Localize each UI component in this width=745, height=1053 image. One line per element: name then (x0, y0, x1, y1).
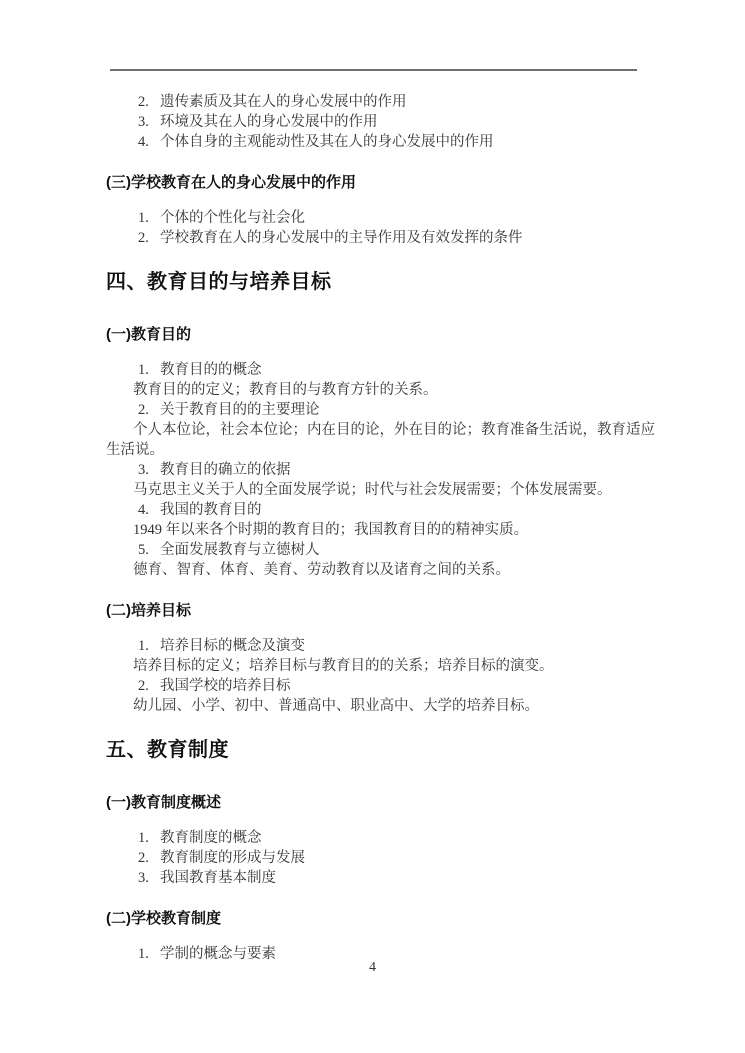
list-item-text: 环境及其在人的身心发展中的作用 (160, 114, 378, 130)
list-item-number: 2. (138, 400, 160, 420)
list-item-text: 学校教育在人的身心发展中的主导作用及有效发挥的条件 (160, 230, 523, 246)
list-item-text: 我国教育基本制度 (160, 870, 276, 886)
body-paragraph: 教育目的的定义；教育目的与教育方针的关系。 (106, 380, 663, 400)
sub-heading-part5-sec1: (一)教育制度概述 (106, 793, 663, 813)
list-item: 2.遗传素质及其在人的身心发展中的作用 (106, 92, 663, 112)
list-item: 3.教育目的确立的依据 (106, 460, 663, 480)
list-item-number: 2. (138, 848, 160, 868)
body-paragraph: 幼儿园、小学、初中、普通高中、职业高中、大学的培养目标。 (106, 696, 663, 716)
list-item: 2.学校教育在人的身心发展中的主导作用及有效发挥的条件 (106, 228, 663, 248)
list-item-text: 遗传素质及其在人的身心发展中的作用 (160, 94, 407, 110)
list-item: 5.全面发展教育与立德树人 (106, 540, 663, 560)
list-item-text: 个体的个性化与社会化 (160, 210, 305, 226)
list-item-text: 我国的教育目的 (160, 502, 262, 518)
list-item-number: 1. (138, 636, 160, 656)
list-item-number: 2. (138, 228, 160, 248)
page-number: 4 (0, 958, 745, 978)
document-content: 2.遗传素质及其在人的身心发展中的作用 3.环境及其在人的身心发展中的作用 4.… (106, 92, 663, 964)
sub-heading-part4-sec2: (二)培养目标 (106, 601, 663, 621)
list-item-text: 教育目的确立的依据 (160, 462, 291, 478)
list-item-text: 教育目的的概念 (160, 362, 262, 378)
list-item-number: 2. (138, 676, 160, 696)
list-item-number: 1. (138, 360, 160, 380)
list-item-text: 我国学校的培养目标 (160, 678, 291, 694)
list-item: 1.培养目标的概念及演变 (106, 636, 663, 656)
body-paragraph: 德育、智育、体育、美育、劳动教育以及诸育之间的关系。 (106, 560, 663, 580)
chapter-heading-part5: 五、教育制度 (106, 738, 663, 762)
list-item-text: 培养目标的概念及演变 (160, 638, 305, 654)
sub-heading-part4-sec1: (一)教育目的 (106, 325, 663, 345)
list-item-number: 3. (138, 868, 160, 888)
list-item-text: 教育制度的形成与发展 (160, 850, 305, 866)
list-item-number: 4. (138, 132, 160, 152)
list-item-text: 教育制度的概念 (160, 830, 262, 846)
list-item-number: 3. (138, 112, 160, 132)
list-item-number: 5. (138, 540, 160, 560)
list-item: 3.环境及其在人的身心发展中的作用 (106, 112, 663, 132)
sub-heading-sec3: (三)学校教育在人的身心发展中的作用 (106, 173, 663, 193)
body-paragraph: 个人本位论，社会本位论；内在目的论，外在目的论；教育准备生活说，教育适应生活说。 (106, 420, 663, 460)
body-paragraph: 培养目标的定义；培养目标与教育目的的关系；培养目标的演变。 (106, 656, 663, 676)
list-item: 1.教育制度的概念 (106, 828, 663, 848)
list-item: 2.教育制度的形成与发展 (106, 848, 663, 868)
body-paragraph: 1949 年以来各个时期的教育目的；我国教育目的的精神实质。 (106, 520, 663, 540)
chapter-heading-part4: 四、教育目的与培养目标 (106, 270, 663, 294)
sub-heading-part5-sec2: (二)学校教育制度 (106, 909, 663, 929)
list-item: 2.关于教育目的的主要理论 (106, 400, 663, 420)
header-rule (110, 69, 637, 71)
list-item-text: 全面发展教育与立德树人 (160, 542, 320, 558)
list-item: 4.我国的教育目的 (106, 500, 663, 520)
list-item: 2.我国学校的培养目标 (106, 676, 663, 696)
list-item-number: 4. (138, 500, 160, 520)
body-paragraph: 马克思主义关于人的全面发展学说；时代与社会发展需要；个体发展需要。 (106, 480, 663, 500)
list-item: 4.个体自身的主观能动性及其在人的身心发展中的作用 (106, 132, 663, 152)
list-item-number: 3. (138, 460, 160, 480)
list-item-number: 1. (138, 208, 160, 228)
list-item-text: 关于教育目的的主要理论 (160, 402, 320, 418)
list-item-number: 2. (138, 92, 160, 112)
list-item-number: 1. (138, 828, 160, 848)
list-item: 3.我国教育基本制度 (106, 868, 663, 888)
list-item-text: 个体自身的主观能动性及其在人的身心发展中的作用 (160, 134, 494, 150)
list-item: 1.个体的个性化与社会化 (106, 208, 663, 228)
list-item: 1.教育目的的概念 (106, 360, 663, 380)
document-page: 2.遗传素质及其在人的身心发展中的作用 3.环境及其在人的身心发展中的作用 4.… (0, 0, 745, 1053)
